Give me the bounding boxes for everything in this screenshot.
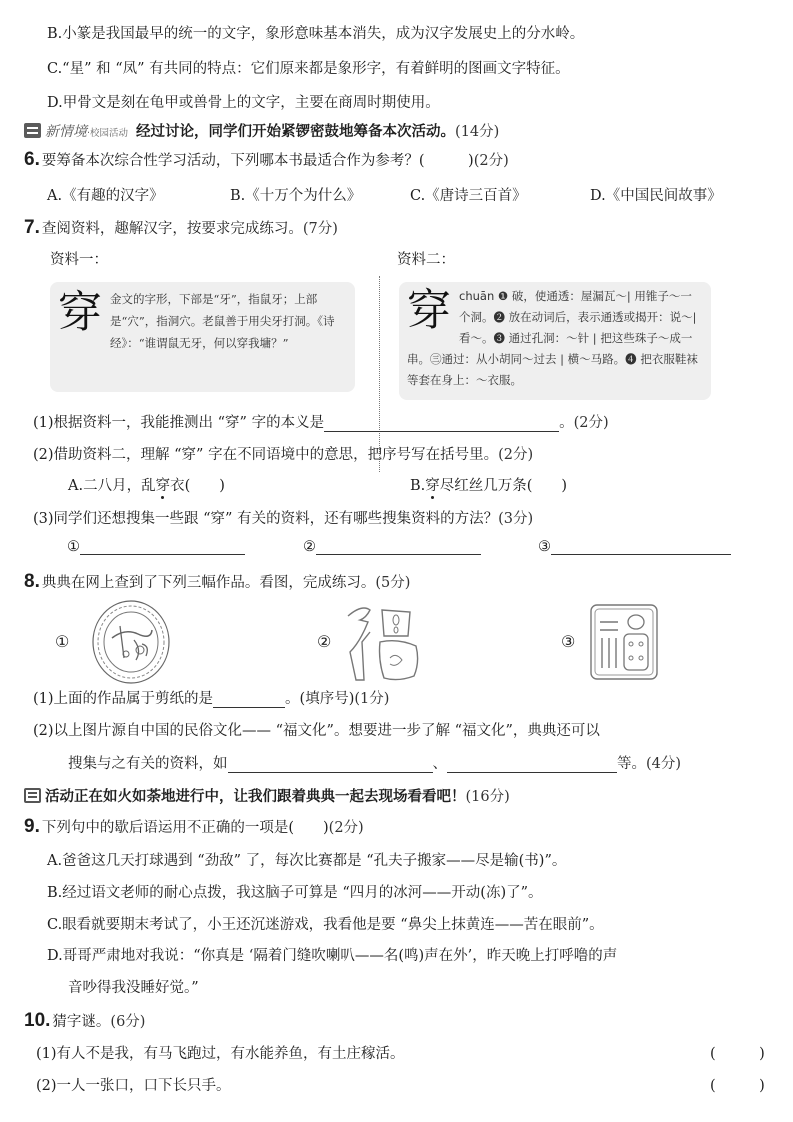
section-header-2: 活动正在如火如荼地进行中，让我们跟着典典一起去现场看看吧！(16分) [24, 785, 510, 806]
sub-question-score: (2分) [574, 415, 609, 431]
q7-sub3-blank-1: ① [67, 539, 245, 555]
material2-pinyin: chuān [459, 289, 494, 303]
material1-char: 穿 [58, 290, 102, 336]
q5-option-c: C.“星” 和 “凤” 有共同的特点：它们原来都是象形字，有着鲜明的图画文字特征… [47, 57, 570, 78]
q9-option-c: C.眼看就要期末考试了，小王还沉迷游戏，我看他是要 “鼻尖上抹黄连——苦在眼前”… [47, 913, 604, 934]
blank-number: ② [303, 539, 316, 555]
option-text: A.二八月，乱 [68, 478, 156, 494]
q9-option-d-cont: 音吵得我没睡好觉。” [68, 976, 199, 997]
q7-sub3: (3)同学们还想搜集一些跟 “穿” 有关的资料，还有哪些搜集资料的方法？(3分) [33, 507, 533, 528]
sub-question-score: (4分) [646, 756, 681, 772]
section-tag-new: 新情境 [45, 124, 87, 140]
q8-sub1: (1)上面的作品属于剪纸的是。(填序号)(1分) [33, 687, 389, 708]
figure-2-label: ② [317, 632, 331, 651]
separator: 、 [433, 756, 448, 772]
sub-question-text: (2)借助资料二，理解 “穿” 字在不同语境中的意思，把序号写在括号里。 [33, 447, 498, 463]
question-score: (7分) [303, 221, 338, 237]
q10-item-2: (2)一人一张口，口下长只手。 [36, 1074, 231, 1095]
question-number: 10. [24, 1010, 50, 1031]
question-score: (5分) [375, 575, 410, 591]
q7-sub2-option-b: B.穿尽红丝几万条( ) [410, 474, 567, 495]
section-header-1: 新情境·校园活动经过讨论，同学们开始紧锣密鼓地筹备本次活动。(14分) [24, 120, 499, 141]
q5-option-b: B.小篆是我国最早的统一的文字，象形意味基本消失，成为汉字发展史上的分水岭。 [47, 22, 584, 43]
material2-char: 穿 [407, 288, 451, 334]
section-title: 经过讨论，同学们开始紧锣密鼓地筹备本次活动。 [136, 124, 455, 140]
answer-blank[interactable] [213, 693, 285, 708]
q10-item-1-answer[interactable]: ( ) [710, 1042, 765, 1063]
answer-blank[interactable] [551, 540, 731, 555]
q5-option-d: D.甲骨文是刻在龟甲或兽骨上的文字，主要在商周时期使用。 [47, 91, 440, 112]
option-answer-paren[interactable]: 衣( ) [170, 478, 225, 494]
sub-question-text: (1)上面的作品属于剪纸的是 [33, 691, 213, 707]
q7-sub3-blank-2: ② [303, 539, 481, 555]
answer-blank[interactable] [80, 540, 245, 555]
sub-question-end: 。 [559, 415, 574, 431]
q8-sub2-line1: (2)以上图片源自中国的民俗文化—— “福文化”。想要进一步了解 “福文化”，典… [33, 719, 600, 740]
q9-option-a: A.爸爸这几天打球遇到 “劲敌” 了，每次比赛都是 “孔夫子搬家——尽是输(书)… [47, 849, 566, 870]
sub-question-score: (2分) [498, 447, 533, 463]
q6-option-d: D.《中国民间故事》 [590, 184, 722, 205]
question-text: 查阅资料，趣解汉字，按要求完成练习。 [42, 221, 303, 237]
sub-question-end: 等。 [617, 756, 646, 772]
question-text: 典典在网上查到了下列三幅作品。看图，完成练习。 [42, 575, 376, 591]
answer-blank[interactable] [316, 540, 481, 555]
q9-option-d: D.哥哥严肃地对我说：“你真是 ‘隔着门缝吹喇叭——名(鸣)声在外’，昨天晚上打… [47, 944, 617, 965]
q7-sub2-option-a: A.二八月，乱穿衣( ) [68, 474, 225, 495]
q8-sub2-line2: 搜集与之有关的资料，如、等。(4分) [68, 752, 681, 773]
fu-papercut-icon [90, 598, 172, 686]
answer-blank-2[interactable] [447, 758, 617, 773]
option-answer-paren[interactable]: 尽红丝几万条( ) [440, 478, 567, 494]
q6-option-c: C.《唐诗三百首》 [410, 184, 527, 205]
question-number: 9. [24, 816, 40, 837]
blank-number: ① [67, 539, 80, 555]
q10-item-1: (1)有人不是我，有马飞跑过，有水能养鱼，有土庄稼活。 [36, 1042, 405, 1063]
sub-question-end: 。(填序号) [285, 691, 354, 707]
material2-box: 穿 chuān ❶ 破，使通透：屋漏瓦～| 用锥子～一个洞。❷ 放在动词后，表示… [399, 282, 711, 400]
section-score: (14分) [455, 124, 499, 140]
emphasized-char: 穿 [156, 478, 171, 494]
q7-sub2: (2)借助资料二，理解 “穿” 字在不同语境中的意思，把序号写在括号里。(2分) [33, 443, 533, 464]
q7-stem: 7.查阅资料，趣解汉字，按要求完成练习。(7分) [24, 217, 338, 239]
sub-question-text: 搜集与之有关的资料，如 [68, 756, 228, 772]
sub-question-text: (3)同学们还想搜集一些跟 “穿” 有关的资料，还有哪些搜集资料的方法？ [33, 511, 498, 527]
question-score: (6分) [110, 1014, 145, 1030]
fu-seal-icon [588, 602, 660, 682]
section-title: 活动正在如火如荼地进行中，让我们跟着典典一起去现场看看吧！ [45, 789, 466, 805]
q6-option-b: B.《十万个为什么》 [230, 184, 361, 205]
emphasized-char: 穿 [425, 478, 440, 494]
question-number: 6. [24, 149, 40, 170]
q6-stem: 6.要筹备本次综合性学习活动，下列哪本书最适合作为参考？( )(2分) [24, 149, 509, 171]
question-text: 猜字谜。 [52, 1014, 110, 1030]
section-tag-sub: ·校园活动 [87, 128, 128, 139]
list-section-icon [24, 123, 41, 138]
q9-stem: 9.下列句中的歇后语运用不正确的一项是( )(2分) [24, 816, 364, 838]
question-number: 8. [24, 571, 40, 592]
fu-calligraphy-icon [338, 602, 424, 684]
q8-stem: 8.典典在网上查到了下列三幅作品。看图，完成练习。(5分) [24, 571, 410, 593]
q6-option-a: A.《有趣的汉字》 [47, 184, 164, 205]
figure-3-label: ③ [561, 632, 575, 651]
question-score: (2分) [474, 153, 509, 169]
question-text[interactable]: 下列句中的歇后语运用不正确的一项是( ) [42, 820, 329, 836]
answer-paren[interactable]: ( ) [419, 153, 474, 169]
material2-label: 资料二： [397, 248, 455, 269]
list-section-icon [24, 788, 41, 803]
q7-sub1: (1)根据资料一，我能推测出 “穿” 字的本义是。(2分) [33, 411, 609, 432]
sub-question-score: (3分) [498, 511, 533, 527]
answer-blank[interactable] [324, 417, 559, 432]
q7-sub3-blank-3: ③ [538, 539, 731, 555]
question-score: (2分) [329, 820, 364, 836]
answer-blank-1[interactable] [228, 758, 433, 773]
blank-number: ③ [538, 539, 551, 555]
question-text: 要筹备本次综合性学习活动，下列哪本书最适合作为参考？ [42, 153, 419, 169]
q9-option-b: B.经过语文老师的耐心点拨，我这脑子可算是 “四月的冰河——开动(冻)了”。 [47, 881, 543, 902]
material1-box: 穿 金文的字形，下部是“牙”，指鼠牙；上部是“穴”，指洞穴。老鼠善于用尖牙打洞。… [50, 282, 355, 392]
question-number: 7. [24, 217, 40, 238]
option-text: B. [410, 478, 425, 494]
figure-1-label: ① [55, 632, 69, 651]
sub-question-text: (1)根据资料一，我能推测出 “穿” 字的本义是 [33, 415, 324, 431]
sub-question-score: (1分) [354, 691, 389, 707]
material1-text: 金文的字形，下部是“牙”，指鼠牙；上部是“穴”，指洞穴。老鼠善于用尖牙打洞。《诗… [110, 292, 335, 350]
q10-item-2-answer[interactable]: ( ) [710, 1074, 765, 1095]
q10-stem: 10.猜字谜。(6分) [24, 1010, 145, 1032]
section-score: (16分) [466, 789, 510, 805]
material1-label: 资料一： [50, 248, 108, 269]
